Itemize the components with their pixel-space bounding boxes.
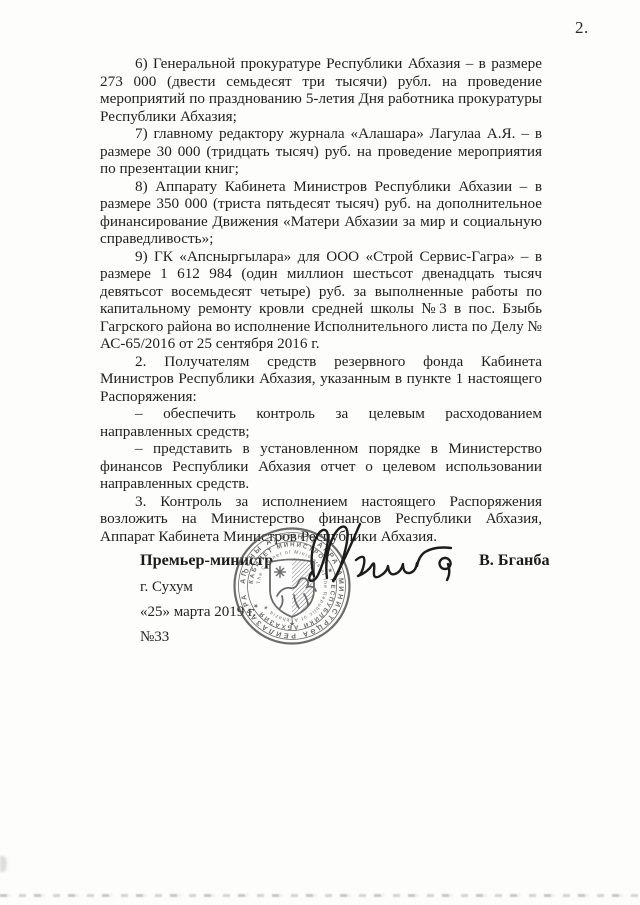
signature-flourish-stroke bbox=[309, 530, 328, 581]
paragraph-item-7: 7) главному редактору журнала «Алашара» … bbox=[100, 125, 542, 178]
paragraph-dash-2: – представить в установленном порядке в … bbox=[100, 440, 542, 493]
scan-smudge-artifact bbox=[0, 856, 7, 872]
scan-artifact-line bbox=[0, 894, 640, 897]
signer-name: В. Бганба bbox=[479, 551, 550, 570]
paragraph-point-2: 2. Получателям средств резервного фонда … bbox=[100, 353, 542, 406]
signature-letters-stroke bbox=[356, 557, 417, 577]
paragraph-item-9: 9) ГК «Апсныргылара» для ООО «Строй Серв… bbox=[100, 248, 542, 353]
paragraph-item-8: 8) Аппарату Кабинета Министров Республик… bbox=[100, 178, 542, 248]
paragraph-dash-1: – обеспечить контроль за целевым расходо… bbox=[100, 405, 542, 440]
handwritten-signature bbox=[298, 518, 463, 588]
document-body: 6) Генеральной прокуратуре Республики Аб… bbox=[100, 55, 542, 545]
document-number: №33 bbox=[140, 629, 169, 646]
stamp-bottom-star-icon: ★ bbox=[289, 620, 295, 628]
scanned-document-page: 2. 6) Генеральной прокуратуре Республики… bbox=[0, 0, 640, 905]
page-number: 2. bbox=[575, 18, 589, 38]
paragraph-item-6: 6) Генеральной прокуратуре Республики Аб… bbox=[100, 55, 542, 125]
signature-b-bar-stroke bbox=[417, 548, 451, 567]
signature-final-letter-stroke bbox=[440, 558, 451, 580]
signature-place: г. Сухум bbox=[140, 579, 193, 596]
signature-flourish-stroke bbox=[326, 527, 347, 579]
